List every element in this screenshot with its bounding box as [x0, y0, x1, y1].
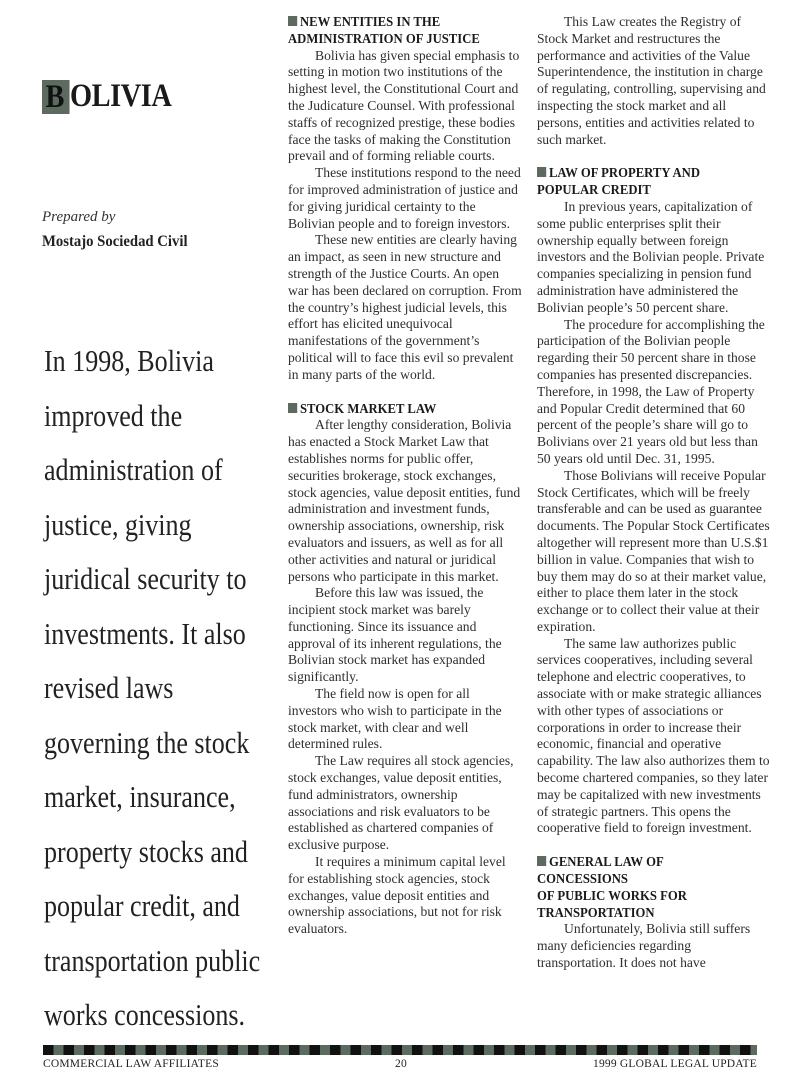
paragraph: Before this law was issued, the incipien… — [288, 585, 522, 686]
pull-quote-line: investments. It also — [44, 607, 246, 662]
title-rest: OLIVIA — [70, 78, 172, 115]
article-column-middle: NEW ENTITIES IN THE ADMINISTRATION OF JU… — [288, 14, 522, 938]
article-column-right: This Law creates the Registry of Stock M… — [537, 14, 773, 972]
footer-publisher: COMMERCIAL LAW AFFILIATES — [43, 1058, 219, 1070]
pull-quote-line: property stocks and — [44, 825, 246, 880]
pull-quote-line: juridical security to — [44, 552, 246, 607]
title-initial-box: B — [42, 80, 69, 114]
section-heading-property-credit: LAW OF PROPERTY AND POPULAR CREDIT — [537, 165, 754, 199]
page-number: 20 — [395, 1058, 407, 1070]
square-bullet-icon — [288, 403, 297, 413]
pull-quote-line: administration of — [44, 443, 246, 498]
footer-checkered-bar — [43, 1045, 757, 1055]
paragraph: These institutions respond to the need f… — [288, 165, 522, 232]
pull-quote-line: works concessions. — [44, 988, 246, 1043]
square-bullet-icon — [537, 856, 546, 866]
paragraph: Bolivia has given special emphasis to se… — [288, 48, 522, 166]
author-organization: Mostajo Sociedad Civil — [42, 233, 188, 251]
paragraph: These new entities are clearly having an… — [288, 232, 522, 383]
pull-quote-line: transportation public — [44, 934, 246, 989]
pull-quote-line: In 1998, Bolivia — [44, 334, 246, 389]
pull-quote-line: market, insurance, — [44, 770, 246, 825]
paragraph: After lengthy consideration, Bolivia has… — [288, 417, 522, 585]
page-title: BOLIVIA — [42, 78, 171, 115]
pull-quote-line: popular credit, and — [44, 879, 246, 934]
pull-quote-line: justice, giving — [44, 498, 246, 553]
paragraph: The procedure for accomplishing the part… — [537, 317, 773, 468]
square-bullet-icon — [288, 16, 297, 26]
pull-quote-line: revised laws — [44, 661, 246, 716]
paragraph: The same law authorizes public services … — [537, 636, 773, 838]
paragraph: In previous years, capitalization of som… — [537, 199, 773, 317]
paragraph: The field now is open for all investors … — [288, 686, 522, 753]
footer-publication-title: 1999 GLOBAL LEGAL UPDATE — [593, 1058, 757, 1070]
square-bullet-icon — [537, 167, 546, 177]
paragraph: The Law requires all stock agencies, sto… — [288, 753, 522, 854]
section-heading-stock-market: STOCK MARKET LAW — [288, 401, 503, 418]
section-heading-concessions: GENERAL LAW OF CONCESSIONS OF PUBLIC WOR… — [537, 854, 754, 921]
pull-quote-line: improved the — [44, 389, 246, 444]
paragraph: Those Bolivians will receive Popular Sto… — [537, 468, 773, 636]
paragraph: It requires a minimum capital level for … — [288, 854, 522, 938]
pull-quote: In 1998, Bolivia improved the administra… — [44, 334, 246, 1043]
prepared-by-label: Prepared by — [42, 209, 115, 226]
paragraph: Unfortunately, Bolivia still suffers man… — [537, 921, 773, 971]
paragraph: This Law creates the Registry of Stock M… — [537, 14, 773, 148]
section-heading-new-entities: NEW ENTITIES IN THE ADMINISTRATION OF JU… — [288, 14, 503, 48]
pull-quote-line: governing the stock — [44, 716, 246, 771]
